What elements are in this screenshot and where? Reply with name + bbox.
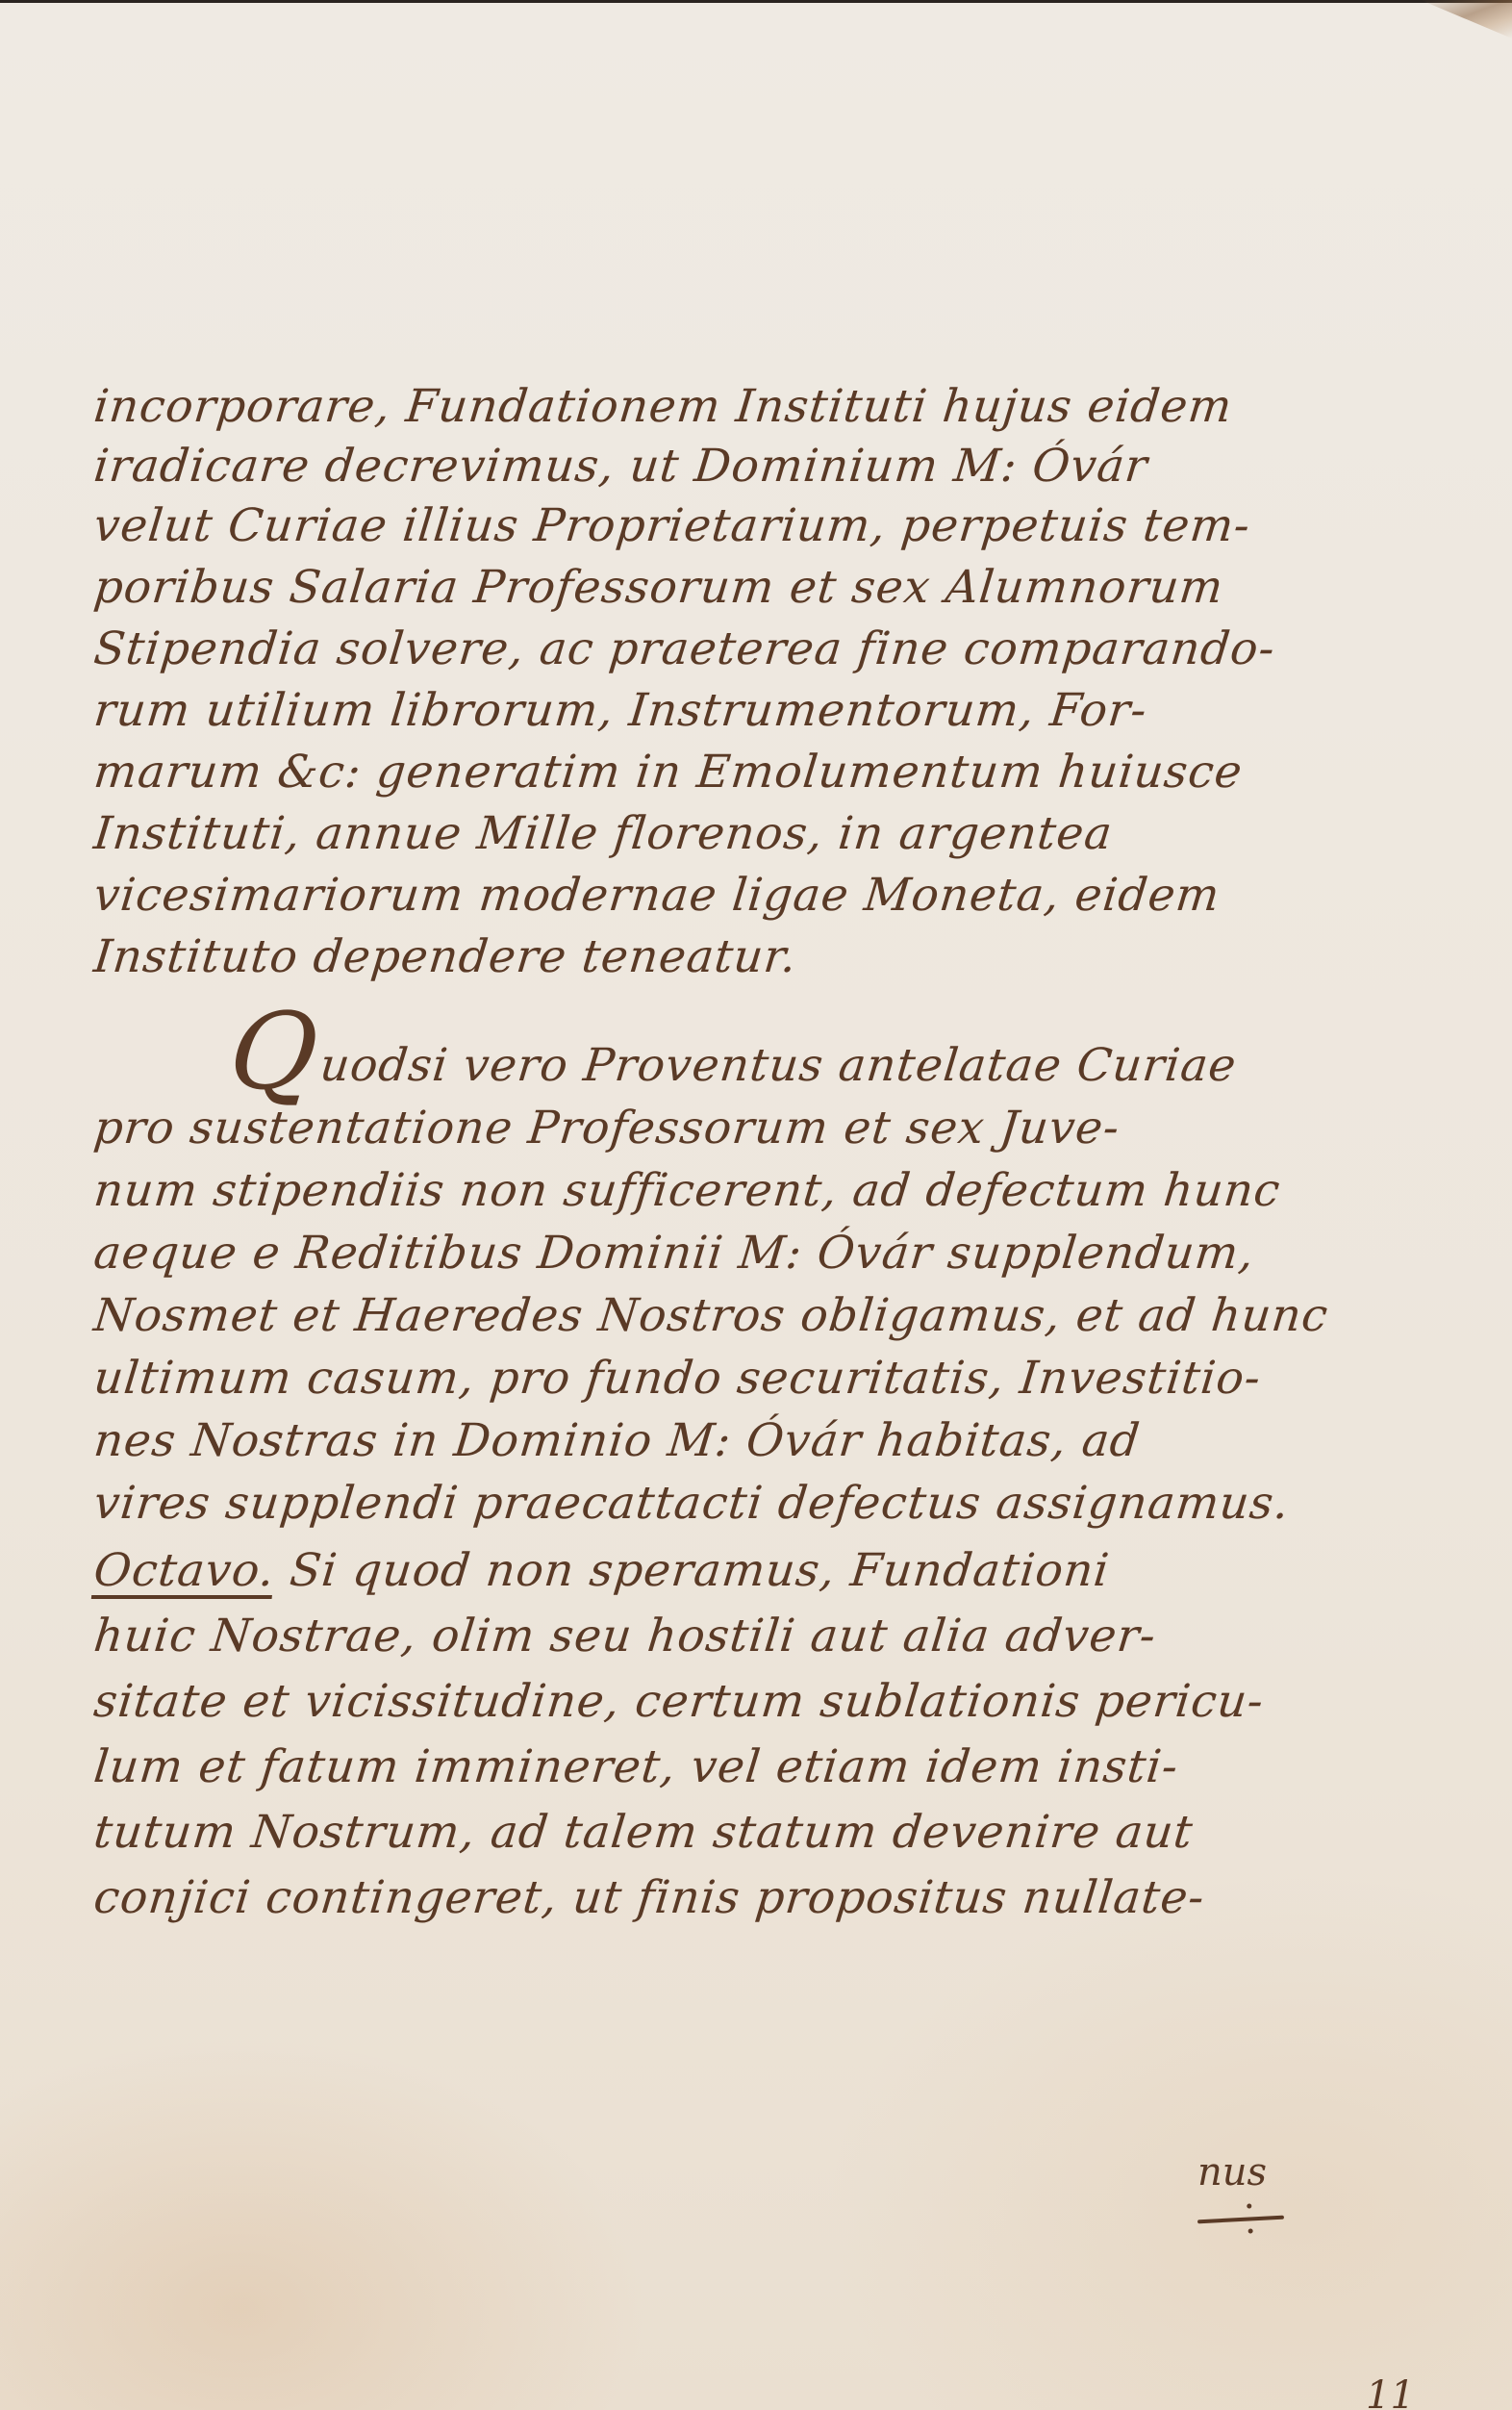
scan-top-edge bbox=[0, 0, 1512, 3]
catchword: nus bbox=[1197, 2150, 1267, 2194]
text-line: rum utilium librorum, Instrumentorum, Fo… bbox=[91, 684, 1149, 737]
text-line: lum et fatum immineret, vel etiam idem i… bbox=[91, 1740, 1181, 1793]
text-line: pro sustentatione Professorum et sex Juv… bbox=[91, 1102, 1122, 1154]
text-line: Si quod non speramus, Fundationi bbox=[288, 1544, 1113, 1597]
text-line: huic Nostrae, olim seu hostili aut alia … bbox=[91, 1610, 1159, 1662]
text-line: incorporare, Fundationem Instituti hujus… bbox=[91, 380, 1235, 433]
text-line: tutum Nostrum, ad talem statum devenire … bbox=[91, 1806, 1196, 1859]
text-line: sitate et vicissitudine, certum sublatio… bbox=[91, 1675, 1267, 1728]
text-line: poribus Salaria Professorum et sex Alumn… bbox=[91, 561, 1226, 614]
section-opening-line: Octavo. Si quod non speramus, Fundationi bbox=[91, 1544, 1112, 1597]
drop-cap: Q bbox=[224, 990, 325, 1113]
manuscript-page: incorporare, Fundationem Instituti hujus… bbox=[0, 0, 1512, 2410]
section-heading-octavo: Octavo. bbox=[91, 1544, 278, 1597]
text-line: Instituto dependere teneatur. bbox=[91, 930, 799, 983]
folio-number: 11 bbox=[1366, 2376, 1415, 2410]
text-line: num stipendiis non sufficerent, ad defec… bbox=[91, 1164, 1283, 1217]
text-line: vires supplendi praecattacti defectus as… bbox=[91, 1477, 1292, 1530]
text-line: nes Nostras in Dominio M: Óvár habitas, … bbox=[91, 1414, 1143, 1467]
text-line: iradicare decrevimus, ut Dominium M: Óvá… bbox=[91, 440, 1150, 493]
text-line: velut Curiae illius Proprietarium, perpe… bbox=[91, 499, 1253, 552]
text-line: marum &c: generatim in Emolumentum huius… bbox=[91, 746, 1246, 799]
text-line: Instituti, annue Mille florenos, in arge… bbox=[91, 807, 1115, 860]
paragraph-opening-line: Quodsi vero Proventus antelatae Curiae bbox=[91, 1039, 1239, 1092]
text-line: aeque e Reditibus Dominii M: Óvár supple… bbox=[91, 1227, 1257, 1280]
text-line: uodsi vero Proventus antelatae Curiae bbox=[317, 1039, 1239, 1092]
text-line: Nosmet et Haeredes Nostros obligamus, et… bbox=[91, 1289, 1331, 1342]
text-line: conjici contingeret, ut finis propositus… bbox=[91, 1871, 1207, 1924]
folded-corner bbox=[1421, 0, 1512, 38]
text-line: Stipendia solvere, ac praeterea fine com… bbox=[91, 622, 1278, 675]
division-mark-icon bbox=[1197, 2216, 1284, 2224]
text-line: vicesimariorum modernae ligae Moneta, ei… bbox=[91, 869, 1222, 922]
text-line: ultimum casum, pro fundo securitatis, In… bbox=[91, 1352, 1264, 1405]
